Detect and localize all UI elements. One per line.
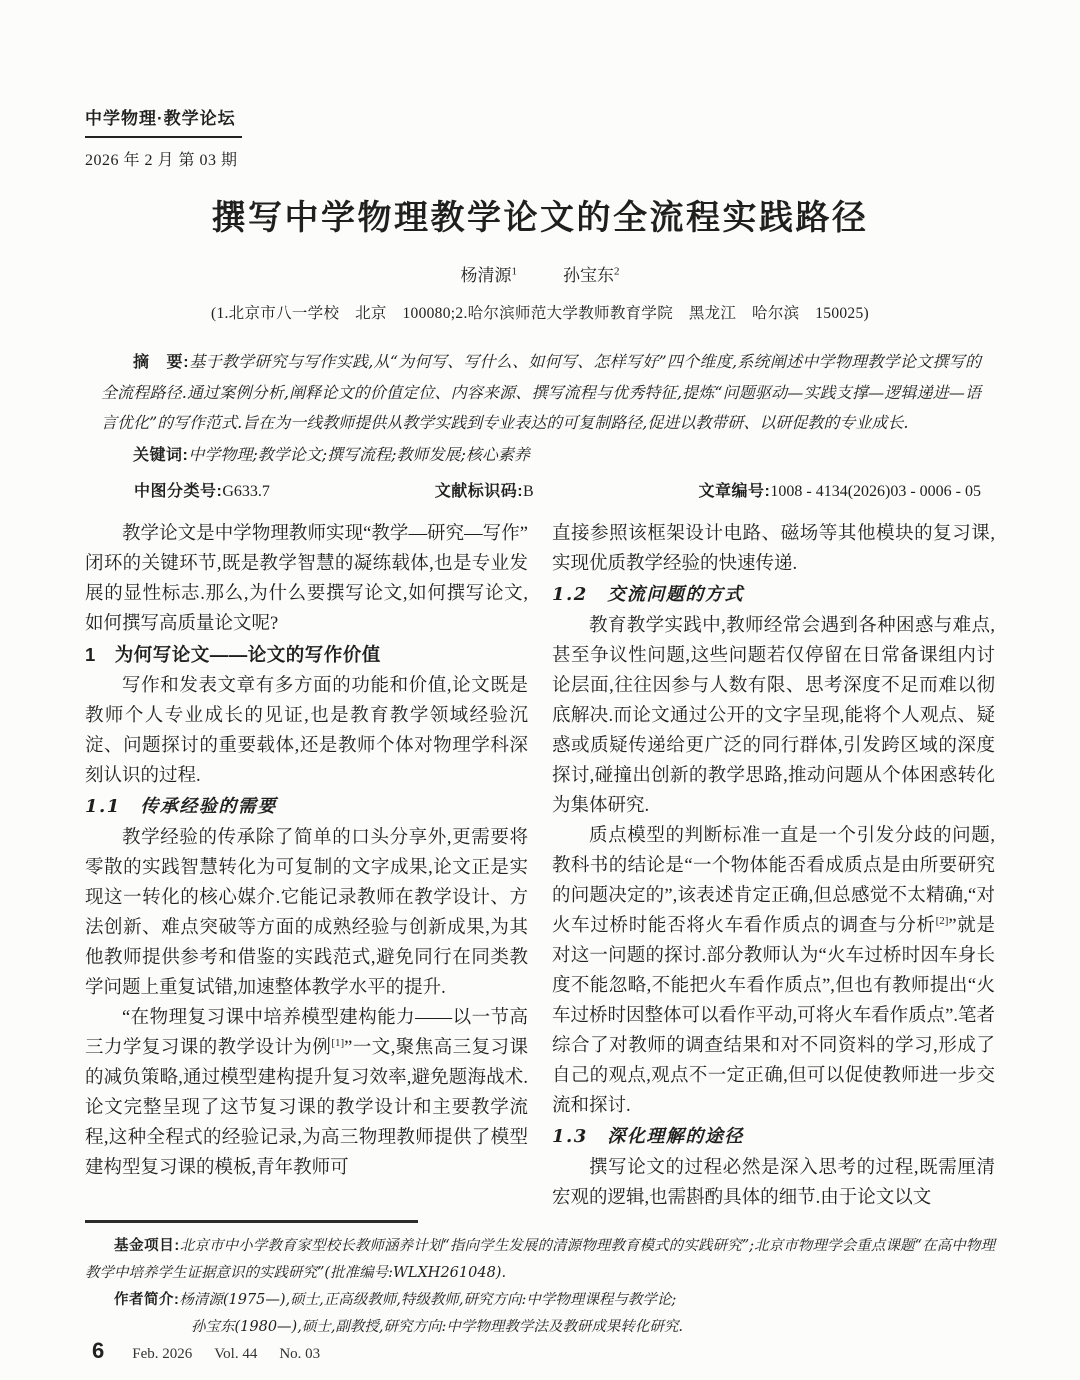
right-column: 直接参照该框架设计电路、磁场等其他模块的复习课,实现优质教学经验的快速传递. 1… (552, 519, 995, 1213)
fund-project-text: 北京市中小学教育家型校长教师涵养计划“指向学生发展的清源物理教育模式的实践研究”… (85, 1238, 995, 1281)
abstract-block: 摘 要:基于教学研究与写作实践,从“为何写、写什么、如何写、怎样写好”四个维度,… (101, 347, 981, 501)
abstract: 摘 要:基于教学研究与写作实践,从“为何写、写什么、如何写、怎样写好”四个维度,… (101, 347, 981, 438)
abstract-text: 基于教学研究与写作实践,从“为何写、写什么、如何写、怎样写好”四个维度,系统阐述… (101, 352, 981, 432)
issue-date: 2026 年 2 月 第 03 期 (85, 147, 995, 170)
journal-header: 中学物理·教学论坛 2026 年 2 月 第 03 期 (85, 104, 995, 170)
author-1: 杨清源1 (461, 261, 518, 286)
keywords-label: 关键词: (133, 447, 188, 464)
clc-label: 中图分类号: (134, 483, 222, 500)
abstract-label: 摘 要: (133, 354, 189, 371)
affiliation-line: (1.北京市八一学校 北京 100080;2.哈尔滨师范大学教师教育学院 黑龙江… (85, 301, 995, 323)
paragraph: 教学经验的传承除了简单的口头分享外,更需要将零散的实践智慧转化为可复制的文字成果… (85, 823, 528, 1003)
fund-project-label: 基金项目: (114, 1238, 180, 1254)
left-column: 教学论文是中学物理教师实现“教学—研究—写作”闭环的关键环节,既是教学智慧的凝练… (85, 519, 528, 1213)
footnotes-block: 基金项目:北京市中小学教育家型校长教师涵养计划“指向学生发展的清源物理教育模式的… (85, 1233, 995, 1341)
paragraph-text: ”一文,聚焦高三复习课的减负策略,通过模型建构提升复习效率,避免题海战术.论文完… (85, 1038, 528, 1178)
author-2-affil-marker: 2 (614, 265, 620, 277)
paragraph: 撰写论文的过程必然是深入思考的过程,既需厘清宏观的逻辑,也需斟酌具体的细节.由于… (552, 1153, 995, 1213)
doc-code-value: B (523, 483, 534, 500)
fund-project-note: 基金项目:北京市中小学教育家型校长教师涵养计划“指向学生发展的清源物理教育模式的… (85, 1233, 995, 1287)
section-heading-1-3: 1.3 深化理解的途径 (552, 1122, 995, 1152)
paragraph-continuation: 直接参照该框架设计电路、磁场等其他模块的复习课,实现优质教学经验的快速传递. (552, 519, 995, 579)
issue-volume: Vol. 44 (214, 1346, 257, 1363)
paragraph: 教育教学实践中,教师经常会遇到各种困惑与难点,甚至争议性问题,这些问题若仅停留在… (552, 611, 995, 821)
section-heading-1-1: 1.1 传承经验的需要 (85, 792, 528, 822)
author-bio-1: 杨清源(1975—),硕士,正高级教师,特级教师,研究方向:中学物理课程与教学论… (179, 1292, 676, 1308)
author-1-name: 杨清源 (461, 266, 512, 285)
section-heading-1: 1 为何写论文——论文的写作价值 (85, 640, 528, 670)
author-bio-2: 孙宝东(1980—),硕士,副教授,研究方向:中学物理教学法及教研成果转化研究. (191, 1314, 995, 1341)
paragraph: 教学论文是中学物理教师实现“教学—研究—写作”闭环的关键环节,既是教学智慧的凝练… (85, 519, 528, 639)
keywords: 关键词:中学物理;教学论文;撰写流程;教师发展;核心素养 (101, 440, 981, 471)
doc-code-label: 文献标识码: (435, 483, 523, 500)
issue-info: Feb. 2026 Vol. 44 No. 03 (132, 1346, 320, 1363)
author-1-affil-marker: 1 (512, 265, 518, 277)
citation-marker-1: [1] (331, 1037, 344, 1049)
author-bio-note: 作者简介:杨清源(1975—),硕士,正高级教师,特级教师,研究方向:中学物理课… (85, 1287, 995, 1314)
paragraph-with-citation: “在物理复习课中培养模型建构能力——以一节高三力学复习课的教学设计为例[1]”一… (85, 1003, 528, 1183)
article-id-item: 文章编号:1008 - 4134(2026)03 - 0006 - 05 (699, 478, 981, 501)
author-2-name: 孙宝东 (563, 266, 614, 285)
issue-month: Feb. 2026 (132, 1346, 192, 1363)
page-number: 6 (92, 1338, 104, 1364)
authors-line: 杨清源1 孙宝东2 (85, 261, 995, 286)
article-body: 教学论文是中学物理教师实现“教学—研究—写作”闭环的关键环节,既是教学智慧的凝练… (85, 519, 995, 1213)
classification-line: 中图分类号:G633.7 文献标识码:B 文章编号:1008 - 4134(20… (101, 478, 981, 501)
article-id-label: 文章编号: (699, 483, 771, 500)
paragraph-with-citation: 质点模型的判断标准一直是一个引发分歧的问题,教科书的结论是“一个物体能否看成质点… (552, 821, 995, 1121)
section-heading-1-2: 1.2 交流问题的方式 (552, 580, 995, 610)
keywords-text: 中学物理;教学论文;撰写流程;教师发展;核心素养 (188, 445, 530, 464)
paragraph-text: 质点模型的判断标准一直是一个引发分歧的问题,教科书的结论是“一个物体能否看成质点… (552, 826, 995, 936)
journal-page: 中学物理·教学论坛 2026 年 2 月 第 03 期 撰写中学物理教学论文的全… (0, 0, 1080, 1380)
paragraph-text: ”就是对这一问题的探讨.部分教师认为“火车过桥时因车身长度不能忽略,不能把火车看… (552, 916, 995, 1116)
doc-code-item: 文献标识码:B (435, 478, 534, 501)
author-2: 孙宝东2 (563, 261, 620, 286)
page-footer: 6 Feb. 2026 Vol. 44 No. 03 (92, 1338, 320, 1364)
article-title: 撰写中学物理教学论文的全流程实践路径 (85, 190, 995, 239)
author-bio-label: 作者简介: (114, 1292, 179, 1308)
journal-name: 中学物理·教学论坛 (85, 104, 242, 138)
issue-number: No. 03 (279, 1346, 320, 1363)
clc-value: G633.7 (222, 483, 270, 500)
footnote-divider (85, 1220, 418, 1223)
article-id-value: 1008 - 4134(2026)03 - 0006 - 05 (770, 483, 981, 500)
clc-item: 中图分类号:G633.7 (134, 478, 270, 501)
citation-marker-2: [2] (936, 915, 949, 927)
paragraph: 写作和发表文章有多方面的功能和价值,论文既是教师个人专业成长的见证,也是教育教学… (85, 671, 528, 791)
